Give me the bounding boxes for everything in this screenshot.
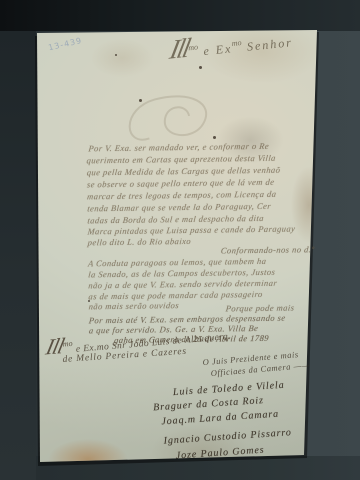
manuscript-line: marcar de tres legoas de tempos, com Lic… [87,189,277,202]
manuscript-line: se observe o saque pello entero que de l… [87,177,275,190]
salutation-text: e Ex [198,41,233,58]
manuscript-line: querimento em Cartas que aprezentou dest… [86,153,276,166]
manuscript-line: que pella Medida de las Cargas que della… [86,165,281,178]
manuscript-line: Conformando-nos no d.º [221,244,315,255]
manuscript-line: Por V. Exa. ser mandado ver, e conformar… [88,141,270,154]
signature: Luis de Toledo e Vilela [173,380,285,398]
manuscript-line: não mais serão ouvidos [88,300,179,311]
salutation: Illmo e Exmo Senhor [169,24,294,63]
archival-number: 13-439 [47,36,82,52]
manuscript-line: pello dito L. do Rio abaixo [87,236,191,247]
salutation-flourish: Ill [167,34,191,64]
manuscript-line: Marca pintadas que Luisa passa e cande d… [87,223,296,236]
salutation-text: Senhor [241,35,293,54]
manuscript-line: tenda Blamar que se vende la do Paraguay… [87,201,272,214]
photo-of-manuscript: { "document": { "archival_number": "13-4… [0,0,360,480]
signature: Ignacio Custodio Pissarro [163,427,292,446]
signature: Joze Paulo Gomes [176,445,265,462]
handwriting-layer: 13-439 Illmo e Exmo Senhor Por V. Exa. s… [0,0,360,480]
